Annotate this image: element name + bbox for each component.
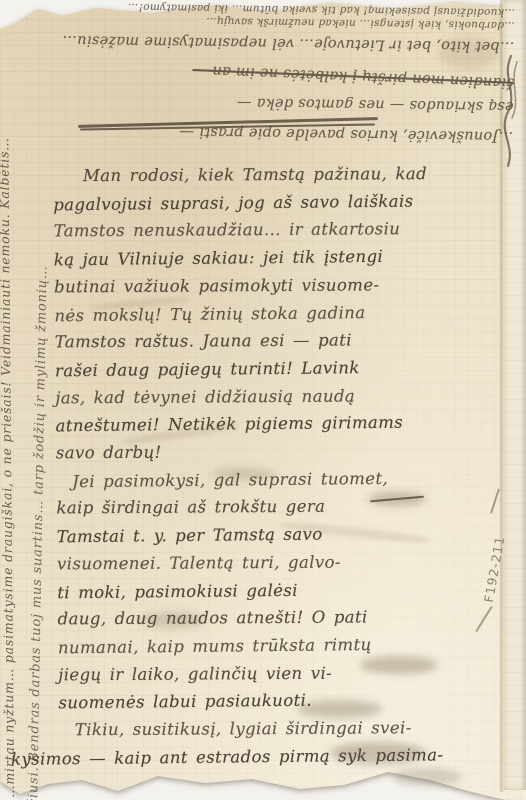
ink-smudge — [368, 492, 426, 506]
letter-line: butinai važiuok pasimokyti visuome- — [54, 270, 496, 300]
letter-line: Tamstos nenuskaudžiau... ir atkartosiu — [53, 215, 495, 245]
letter-line: kaip širdingai aš trokštu gera — [56, 492, 498, 522]
ink-smudge — [392, 768, 462, 786]
ink-smudge — [298, 700, 382, 718]
letter-line: visuomenei. Talentą turi, galvo- — [57, 547, 499, 577]
ink-smudge — [212, 468, 276, 480]
letter-line: suomenės labui pasiaukuoti. — [58, 685, 500, 717]
letter-line: ką jau Vilniuje sakiau: jei tik įstengi — [54, 242, 496, 274]
letter-line: daug, daug naudos atnešti! O pati — [58, 603, 500, 633]
letter-line: pagalvojusi suprasi, jog aš savo laiškai… — [53, 186, 495, 218]
letter-line: Jei pasimokysi, gal suprasi tuomet, — [56, 463, 498, 495]
letter-body: Man rodosi, kiek Tamstą pažinau, kadpaga… — [53, 159, 501, 773]
letter-line: Tamstos raštus. Jauna esi — pati — [55, 326, 497, 356]
letter-line: atneštumei! Netikėk pigiems girimams — [55, 408, 497, 440]
letter-scan: …kuodidžiausį pasisekimą! kad tik sveika… — [0, 0, 526, 800]
ink-smudge — [330, 742, 426, 764]
letter-line: jas, kad tėvynei didžiausią naudą — [55, 381, 497, 411]
letter-line: Tikiu, susitikusį, lygiai širdingai svei… — [59, 714, 501, 744]
letter-line: rašei daug pajiegų turinti! Lavink — [55, 353, 497, 385]
letter-line: Man rodosi, kiek Tamstą pažinau, kad — [53, 160, 495, 190]
pencil-flourish-icon — [497, 52, 523, 172]
letter-line: Tamstai t. y. per Tamstą savo — [57, 519, 499, 551]
letter-line: numanai, kaip mums trūksta rimtų — [58, 630, 500, 662]
ink-smudge — [360, 656, 438, 674]
letter-line: ti moki, pasimokiusi galėsi — [57, 574, 499, 606]
ink-smudge — [140, 612, 206, 628]
paper-stain — [438, 36, 498, 70]
